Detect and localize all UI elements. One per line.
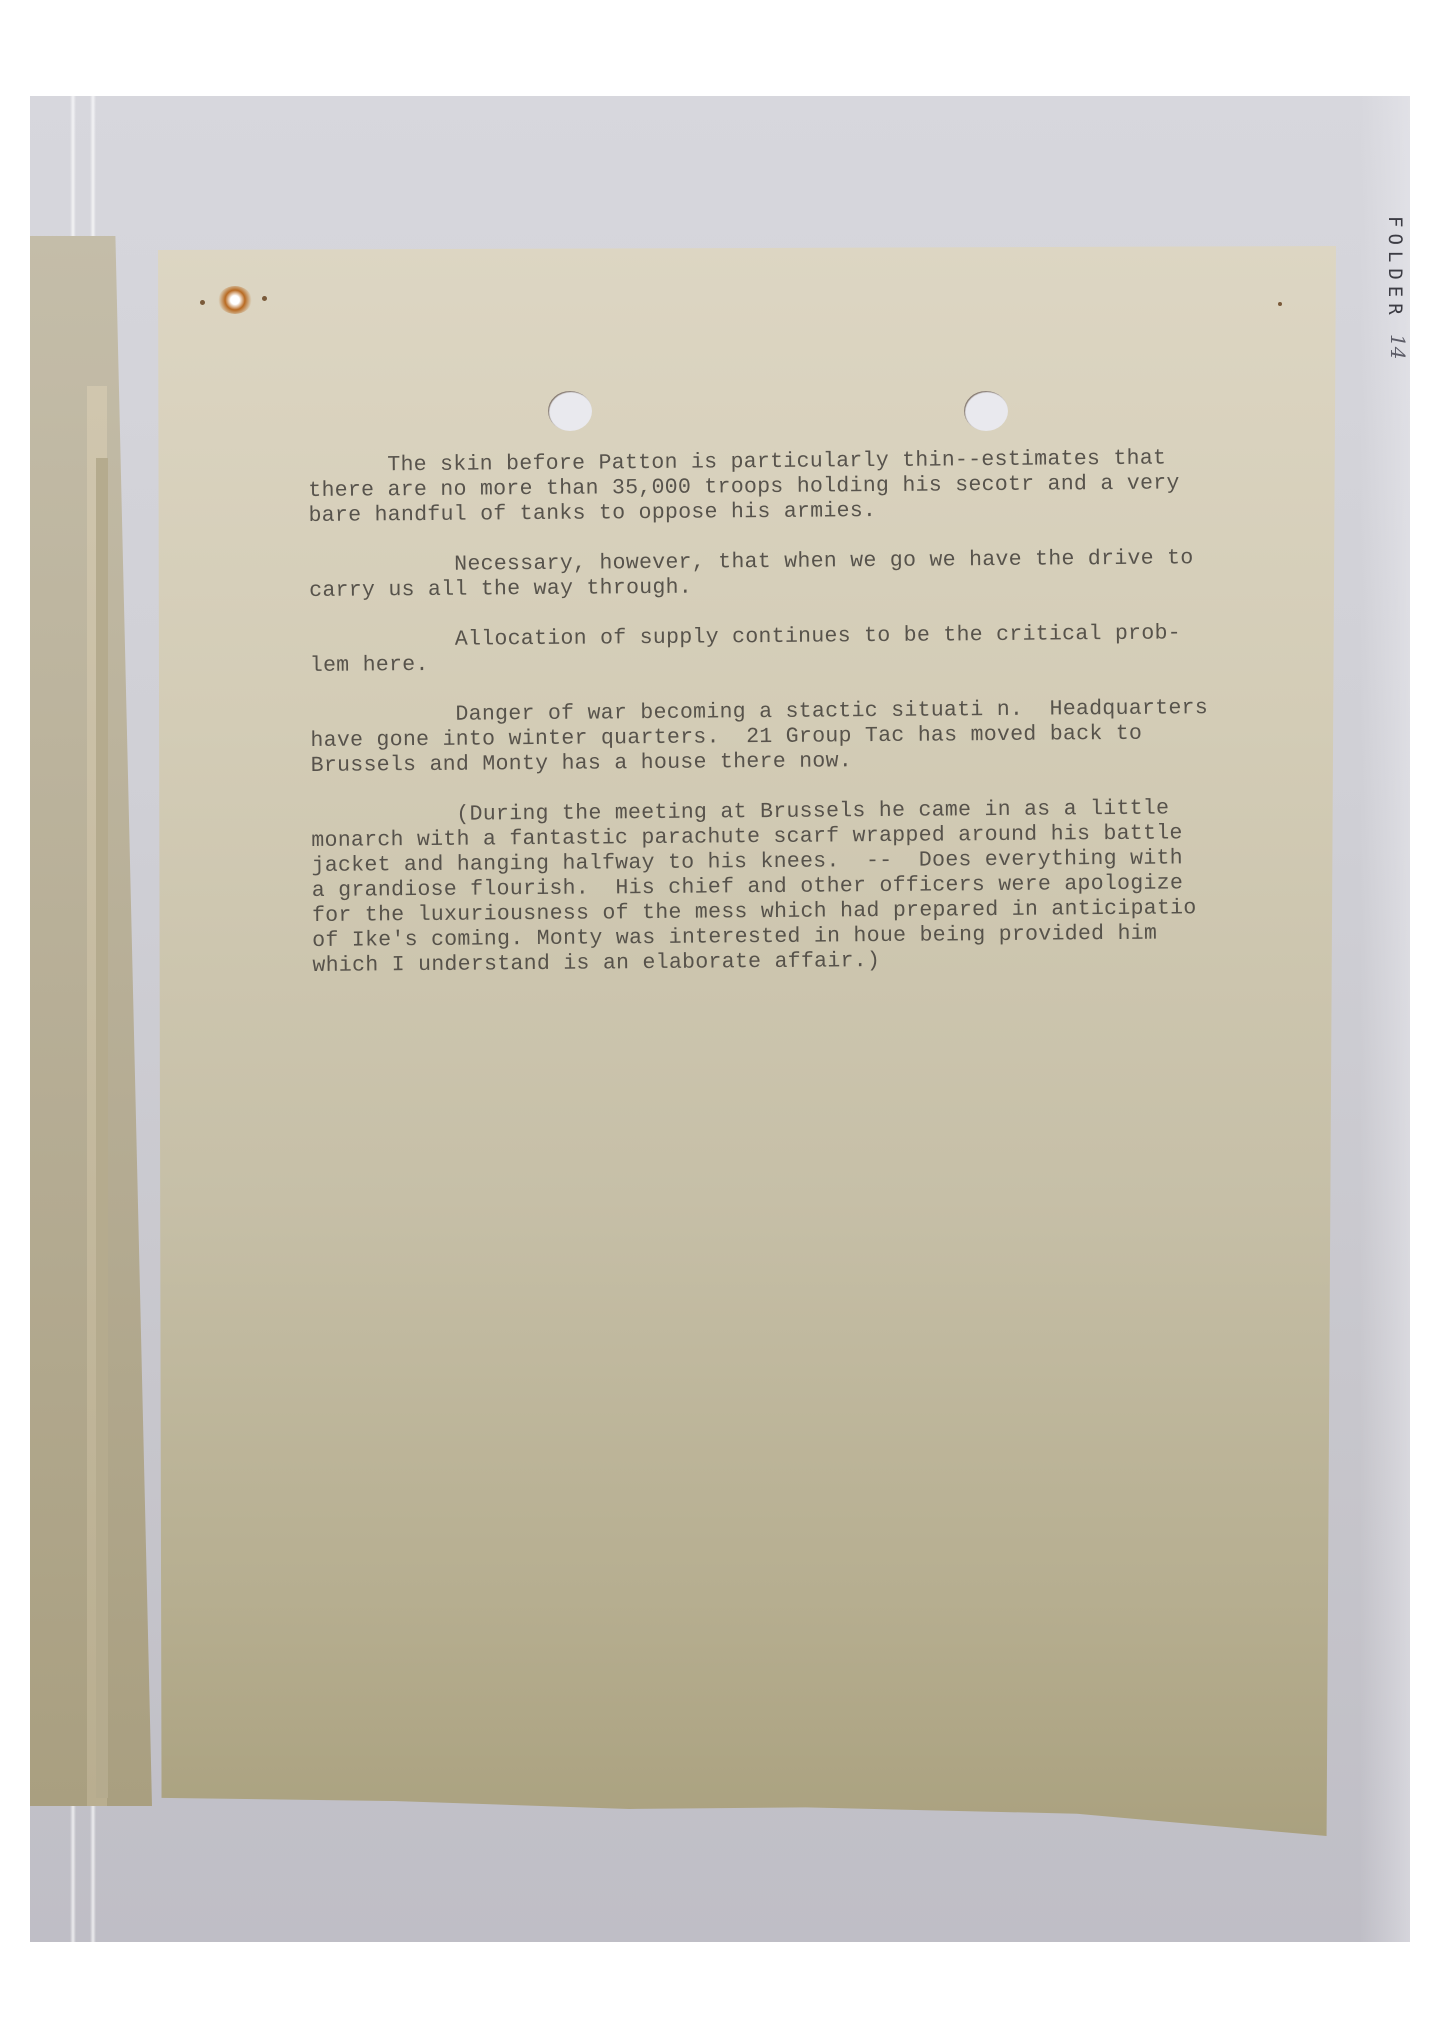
folder-label: FOLDER (1384, 216, 1406, 321)
paragraph-patton: The skin before Patton is particularly t… (308, 445, 1319, 529)
typewritten-page: The skin before Patton is particularly t… (158, 246, 1336, 1836)
punch-hole-icon (964, 391, 1008, 431)
paragraph-static-war: Danger of war becoming a stactic situati… (310, 695, 1321, 779)
document-photo: FOLDER 14 The skin before Patton is part… (30, 96, 1410, 1942)
folder-number: 14 (1386, 334, 1410, 359)
adjacent-page-strip (96, 458, 108, 1798)
rust-stain-icon (218, 286, 252, 314)
paragraph-drive: Necessary, however, that when we go we h… (309, 545, 1319, 604)
paragraph-brussels-meeting: (During the meeting at Brussels he came … (311, 795, 1322, 979)
paragraph-supply: Allocation of supply continues to be the… (310, 620, 1320, 679)
stain-dot (200, 300, 205, 305)
memo-body: The skin before Patton is particularly t… (308, 445, 1323, 1004)
stain-dot (1278, 302, 1282, 306)
stain-dot (262, 296, 267, 301)
folder-edge (1360, 96, 1410, 1942)
stain-dot (1346, 298, 1350, 302)
punch-hole-icon (548, 391, 592, 431)
